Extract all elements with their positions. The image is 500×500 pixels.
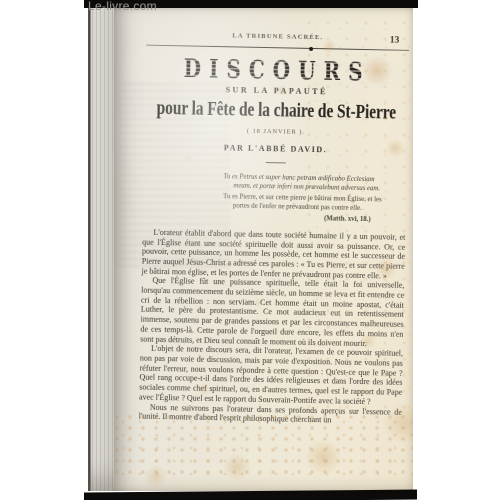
section-divider <box>265 162 285 163</box>
book-page: LA TRIBUNE SACRÉE. 13 DISCOURS SUR LA PA… <box>114 8 413 491</box>
date-line: ( 18 JANVIER ). <box>144 126 407 138</box>
rule-ornament-dot <box>309 46 313 50</box>
epigraph-latin: Tu es Petrus et super hanc petram ædific… <box>223 173 385 194</box>
epigraph-reference: (Matth. xvi, 18.) <box>223 213 385 225</box>
photo-bottom-black-bar <box>84 490 417 500</box>
epigraph-block: Tu es Petrus et super hanc petram ædific… <box>223 173 386 225</box>
epigraph-french: Tu es Pierre, et sur cette pierre je bât… <box>223 193 385 214</box>
author-line: PAR L'ABBÉ DAVID. <box>144 142 407 156</box>
page-number: 13 <box>390 36 400 46</box>
seller-watermark: Le-livre.com <box>88 0 157 13</box>
title-discours: DISCOURS <box>145 53 409 88</box>
body-paragraph: L'orateur établit d'abord que dans toute… <box>142 227 406 281</box>
body-paragraph: Que l'Église fût une puissance spirituel… <box>140 276 404 349</box>
running-header: LA TRIBUNE SACRÉE. <box>146 31 409 43</box>
page-content: LA TRIBUNE SACRÉE. 13 DISCOURS SUR LA PA… <box>107 5 416 494</box>
body-paragraph: L'objet de notre discours sera, dit l'or… <box>139 344 403 407</box>
book-photo: Le-livre.com LA TRIBUNE SACRÉE. 13 DISCO… <box>0 0 500 500</box>
main-title-fete-st-pierre: pour la Fête de la chaire de St-Pierre <box>145 97 408 126</box>
body-text: L'orateur établit d'abord que dans toute… <box>139 227 406 426</box>
